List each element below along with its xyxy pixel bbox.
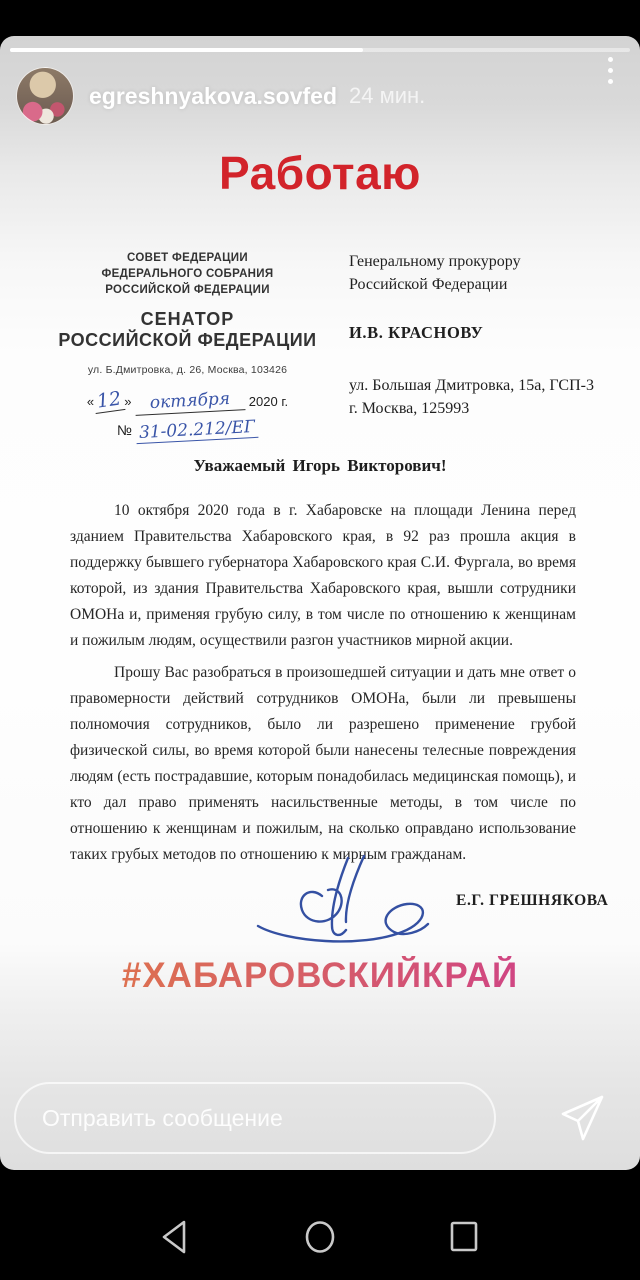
recipient-line: Российской Федерации <box>349 273 600 296</box>
letter-paragraph: 10 октября 2020 года в г. Хабаровске на … <box>70 498 576 654</box>
sender-address: ул. Б.Дмитровка, д. 26, Москва, 103426 <box>52 364 323 376</box>
recipient-block: Генеральному прокурору Российской Федера… <box>349 250 600 441</box>
handwritten-day: 12 <box>93 387 126 414</box>
letter-body: 10 октября 2020 года в г. Хабаровске на … <box>70 498 576 868</box>
letter-salutation: Уважаемый Игорь Викторович! <box>0 456 640 476</box>
hashtag: #ХАБАРОВСКИЙКРАЙ <box>0 956 640 996</box>
sender-position-line2: РОССИЙСКОЙ ФЕДЕРАЦИИ <box>52 330 323 351</box>
message-composer[interactable] <box>14 1082 496 1154</box>
date-quote: » <box>124 394 131 409</box>
handwritten-number: 31-02.212/ЕГ <box>135 417 258 444</box>
letter-number-line: № 31-02.212/ЕГ <box>52 420 323 441</box>
sender-position: СЕНАТОР <box>52 309 323 330</box>
story-viewport[interactable]: egreshnyakova.sovfed 24 мин. Работаю СОВ… <box>0 36 640 1170</box>
back-icon[interactable] <box>157 1218 195 1256</box>
recipient-name: И.В. КРАСНОВУ <box>349 323 600 343</box>
avatar[interactable] <box>16 67 74 125</box>
username[interactable]: egreshnyakova.sovfed <box>89 83 337 110</box>
status-bar <box>0 0 640 36</box>
story-progress-bar <box>10 48 630 52</box>
signatory-name: Е.Г. ГРЕШНЯКОВА <box>456 892 608 910</box>
handwritten-month: октября <box>135 388 246 416</box>
recipient-line: Генеральному прокурору <box>349 250 600 273</box>
org-line: СОВЕТ ФЕДЕРАЦИИ <box>52 250 323 266</box>
date-year: 2020 г. <box>249 394 288 409</box>
recipient-address-line: г. Москва, 125993 <box>349 397 600 420</box>
story-header: egreshnyakova.sovfed 24 мин. <box>16 64 624 128</box>
message-input[interactable] <box>42 1105 468 1132</box>
letter-date-line: «12» октября 2020 г. <box>52 389 323 413</box>
hashtag-text: #ХАБАРОВСКИЙКРАЙ <box>122 956 518 996</box>
org-line: ФЕДЕРАЛЬНОГО СОБРАНИЯ <box>52 266 323 282</box>
send-icon[interactable] <box>556 1092 606 1144</box>
story-timestamp: 24 мин. <box>349 83 425 109</box>
phone-screen: egreshnyakova.sovfed 24 мин. Работаю СОВ… <box>0 0 640 1280</box>
number-label: № <box>117 422 132 438</box>
home-icon[interactable] <box>301 1218 339 1256</box>
android-nav-bar <box>0 1170 640 1280</box>
recipient-address-line: ул. Большая Дмитровка, 15а, ГСП-3 <box>349 374 600 397</box>
org-line: РОССИЙСКОЙ ФЕДЕРАЦИИ <box>52 282 323 298</box>
letter-paragraph: Прошу Вас разобраться в произошедшей сит… <box>70 660 576 868</box>
story-caption-title: Работаю <box>0 146 640 200</box>
recents-icon[interactable] <box>445 1218 483 1256</box>
letterhead-sender-block: СОВЕТ ФЕДЕРАЦИИ ФЕДЕРАЛЬНОГО СОБРАНИЯ РО… <box>52 250 323 441</box>
story-progress-fill <box>10 48 363 52</box>
more-options-icon[interactable] <box>592 48 628 92</box>
recipient-address: ул. Большая Дмитровка, 15а, ГСП-3 г. Мос… <box>349 374 600 420</box>
letterhead: СОВЕТ ФЕДЕРАЦИИ ФЕДЕРАЛЬНОГО СОБРАНИЯ РО… <box>52 250 600 441</box>
signature-scribble <box>252 852 457 957</box>
